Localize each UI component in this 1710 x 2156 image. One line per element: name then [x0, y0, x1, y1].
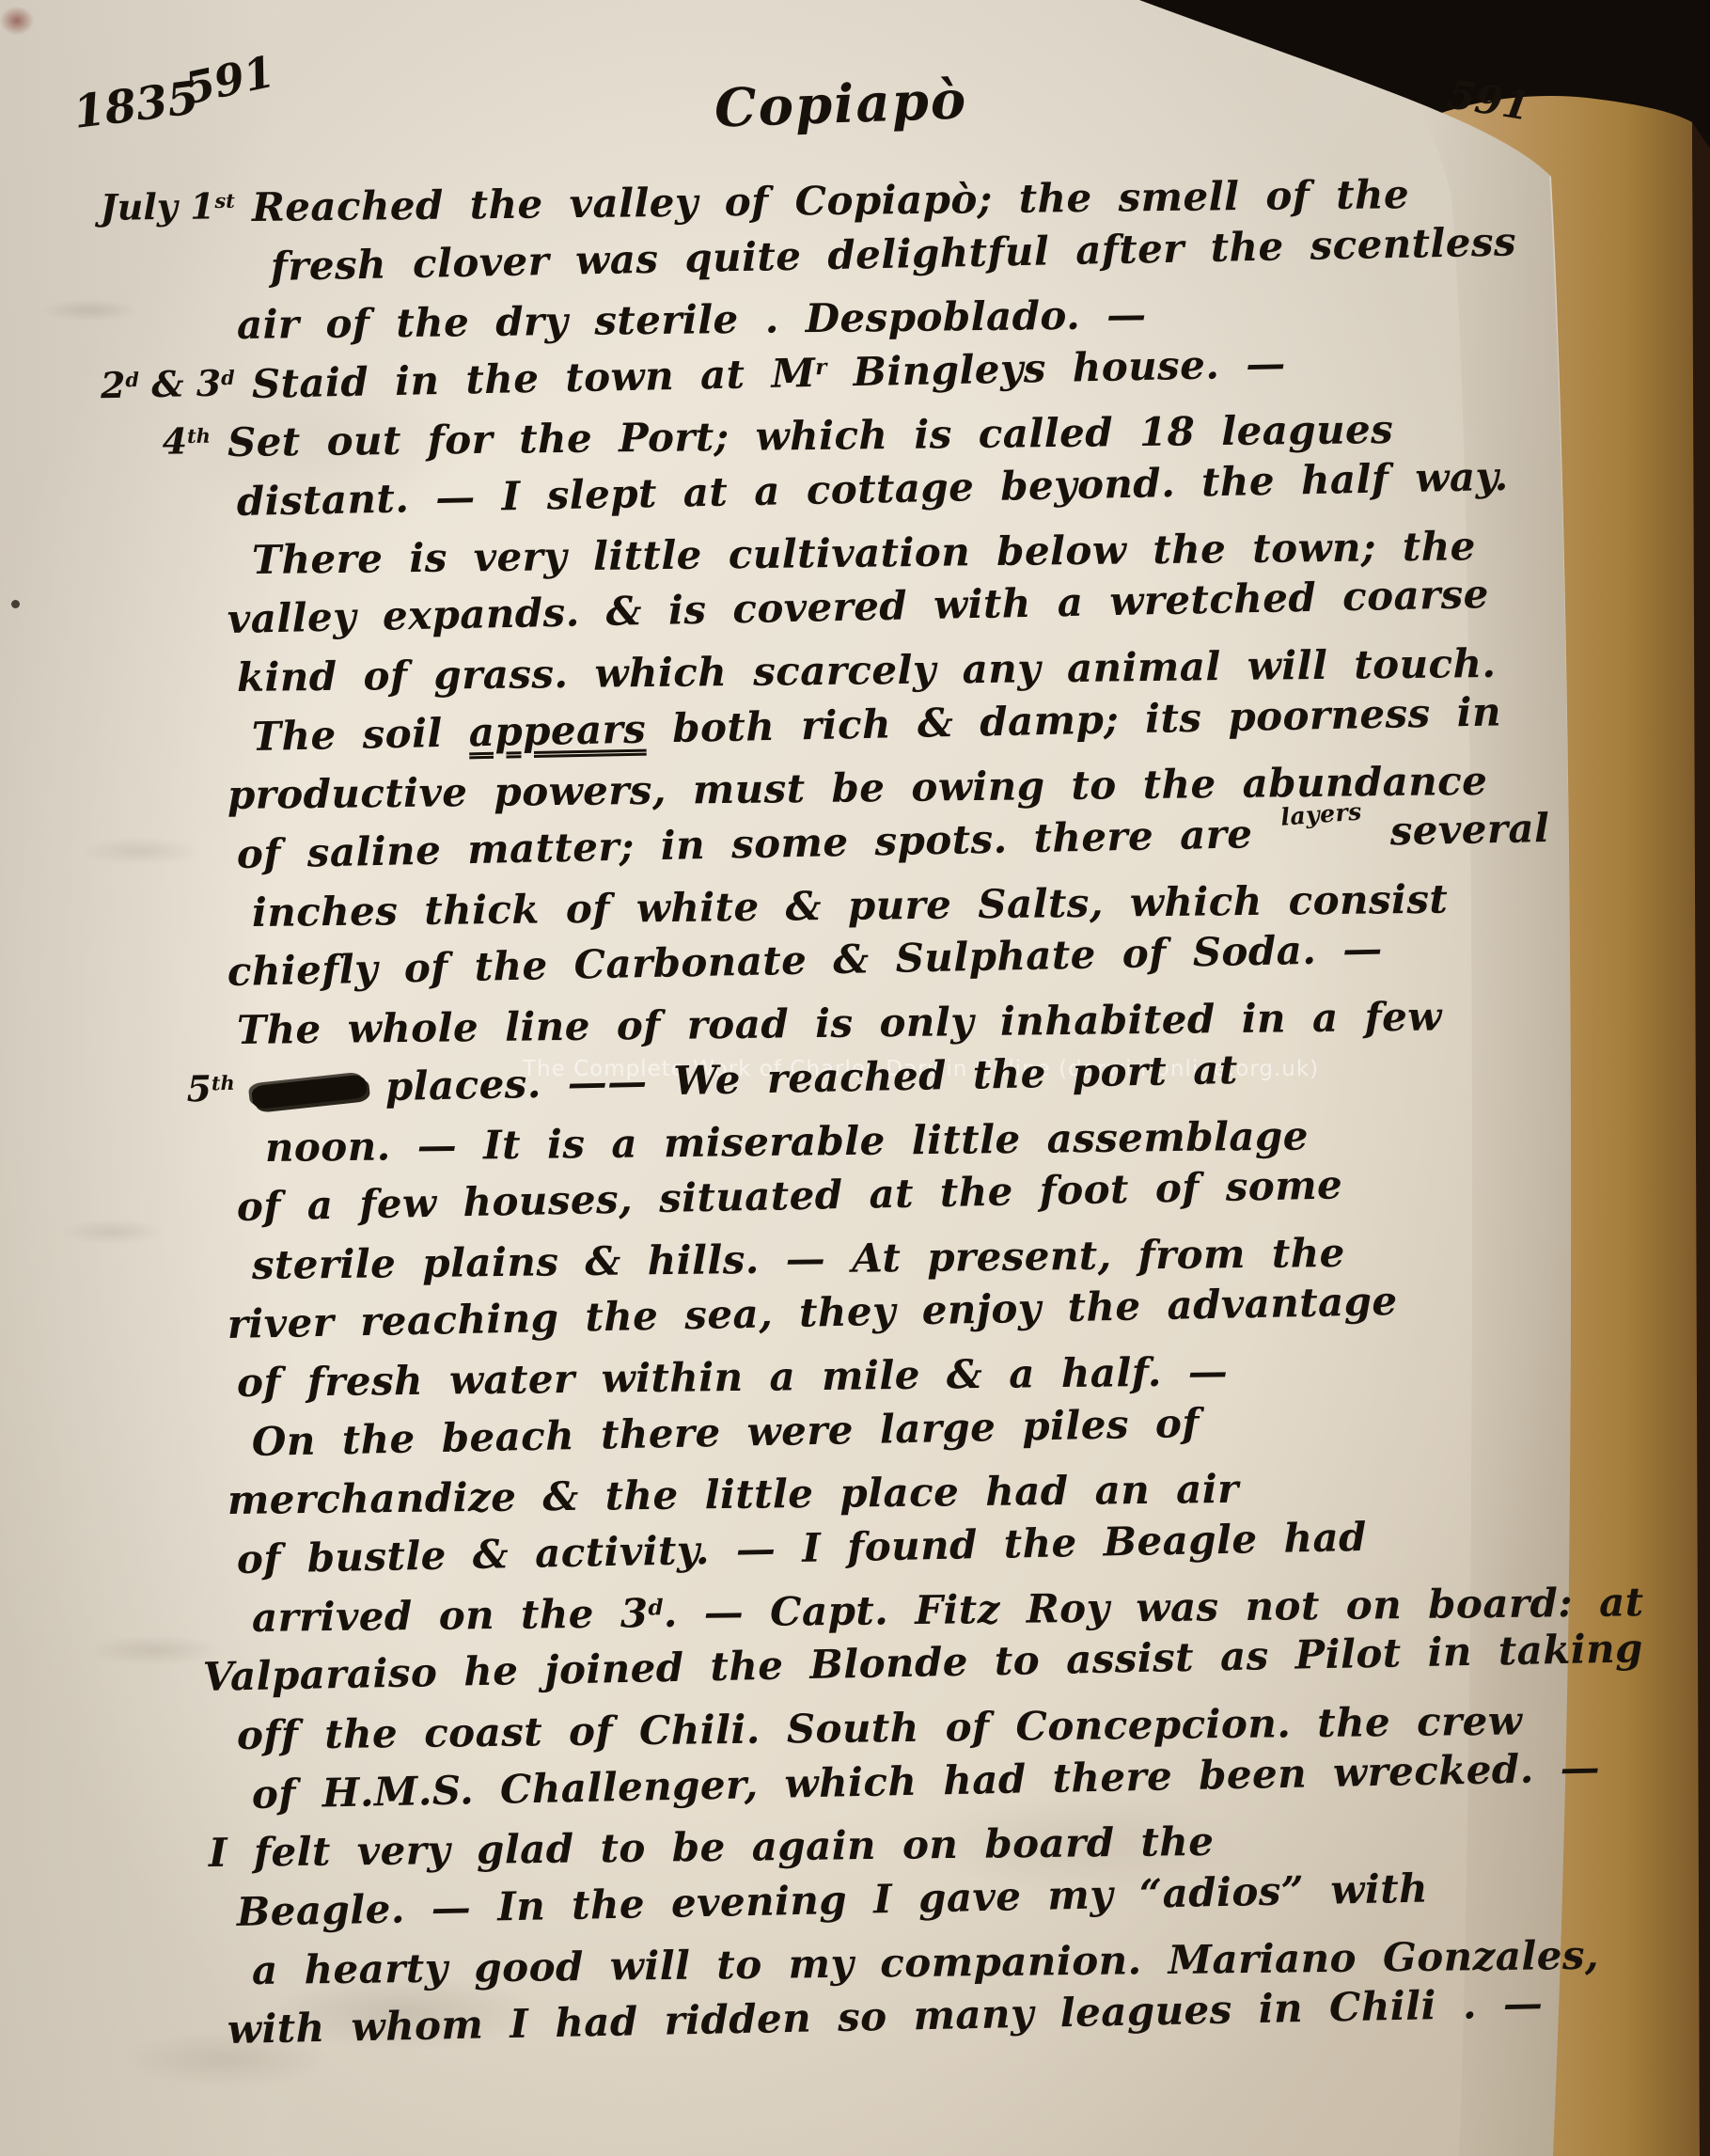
margin-date: 5th	[186, 1066, 235, 1109]
ordinal-suffix: d	[648, 1595, 663, 1620]
scribbled-out-word	[251, 1073, 368, 1109]
margin-date: 2d & 3d	[101, 361, 236, 406]
ordinal-suffix: th	[187, 424, 211, 448]
page-title: Copiapò	[714, 69, 968, 139]
inserted-word: layers	[1279, 796, 1362, 830]
ordinal-suffix: st	[214, 189, 235, 212]
manuscript-photo: 1835 591 591 Copiapò The Complete Work o…	[0, 0, 1710, 2156]
manuscript-lines: July 1st Reached the valley of Copiapò; …	[227, 184, 1562, 2065]
ordinal-suffix: d	[221, 365, 235, 388]
ordinal-suffix: d	[125, 367, 139, 390]
line-text: air of the dry sterile . Despoblado. —	[237, 291, 1147, 348]
line-text: of fresh water within a mile & a half. —	[237, 1348, 1229, 1406]
margin-date: July 1st	[100, 184, 235, 228]
underlined-word: appears	[468, 705, 646, 755]
stray-ink-dot	[11, 600, 20, 608]
ordinal-suffix: th	[212, 1070, 235, 1094]
ordinal-suffix: r	[815, 354, 827, 380]
margin-date: 4th	[162, 419, 211, 463]
